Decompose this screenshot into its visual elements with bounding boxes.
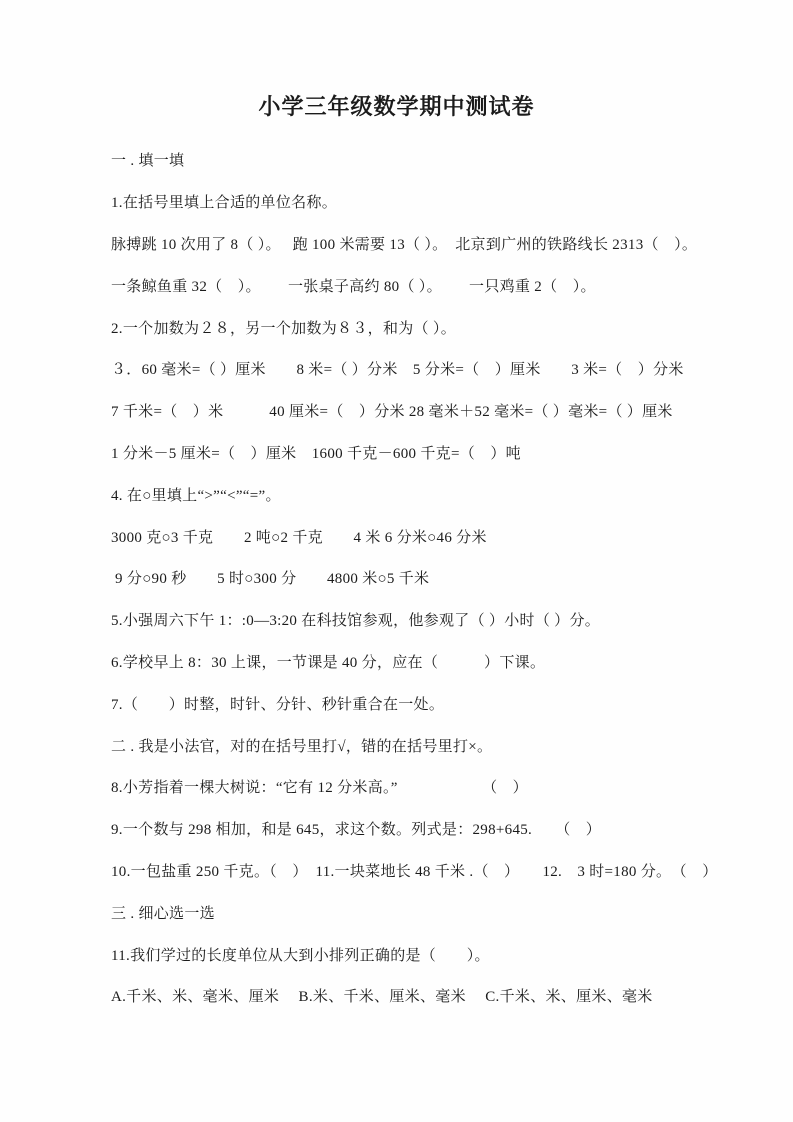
question-5: 5.小强周六下午 1：:0—3:20 在科技馆参观，他参观了（ ）小时（ ）分。 [111,599,753,641]
question-1: 1.在括号里填上合适的单位名称。 [111,181,753,223]
question-1-row-2: 一条鲸鱼重 32（ ）。 一张桌子高约 80（ ）。 一只鸡重 2（ ）。 [111,264,753,306]
question-4-row-1: 3000 克○3 千克 2 吨○2 千克 4 米 6 分米○46 分米 [111,515,753,557]
section-2-heading: 二 . 我是小法官，对的在括号里打√，错的在括号里打×。 [111,724,753,766]
question-3-row-2: 7 千米=（ ）米 40 厘米=（ ）分米 28 毫米＋52 毫米=（ ）毫米=… [111,390,753,432]
question-6: 6.学校早上 8：30 上课，一节课是 40 分，应在（ ）下课。 [111,641,753,683]
paper-title: 小学三年级数学期中测试卷 [0,90,793,121]
question-3-row-3: 1 分米－5 厘米=（ ）厘米 1600 千克－600 千克=（ ）吨 [111,432,753,474]
question-11-options: A.千米、米、毫米、厘米 B.米、千米、厘米、毫米 C.千米、米、厘米、毫米 [111,975,753,1017]
section-3-heading: 三 . 细心选一选 [111,891,753,933]
question-10-11-12: 10.一包盐重 250 千克。（ ） 11.一块菜地长 48 千米 .（ ） 1… [111,850,753,892]
question-2: 2.一个加数为２８，另一个加数为８３，和为（ ）。 [111,306,753,348]
question-8: 8.小芳指着一棵大树说：“它有 12 分米高。” （ ） [111,766,753,808]
paper-body: 一 . 填一填 1.在括号里填上合适的单位名称。 脉搏跳 10 次用了 8（ ）… [111,139,753,1017]
question-7: 7.（ ）时整，时针、分针、秒针重合在一处。 [111,682,753,724]
question-3-row-1: ３．60 毫米=（ ）厘米 8 米=（ ）分米 5 分米=（ ）厘米 3 米=（… [111,348,753,390]
section-1-heading: 一 . 填一填 [111,139,753,181]
test-paper-page: 小学三年级数学期中测试卷 一 . 填一填 1.在括号里填上合适的单位名称。 脉搏… [0,0,793,1122]
question-4: 4. 在○里填上“>”“<”“=”。 [111,473,753,515]
question-1-row-1: 脉搏跳 10 次用了 8（ ）。 跑 100 米需要 13（ ）。 北京到广州的… [111,223,753,265]
question-9: 9.一个数与 298 相加，和是 645，求这个数。列式是：298+645. （… [111,808,753,850]
question-4-row-2: 9 分○90 秒 5 时○300 分 4800 米○5 千米 [111,557,753,599]
question-11-choice: 11.我们学过的长度单位从大到小排列正确的是（ ）。 [111,933,753,975]
